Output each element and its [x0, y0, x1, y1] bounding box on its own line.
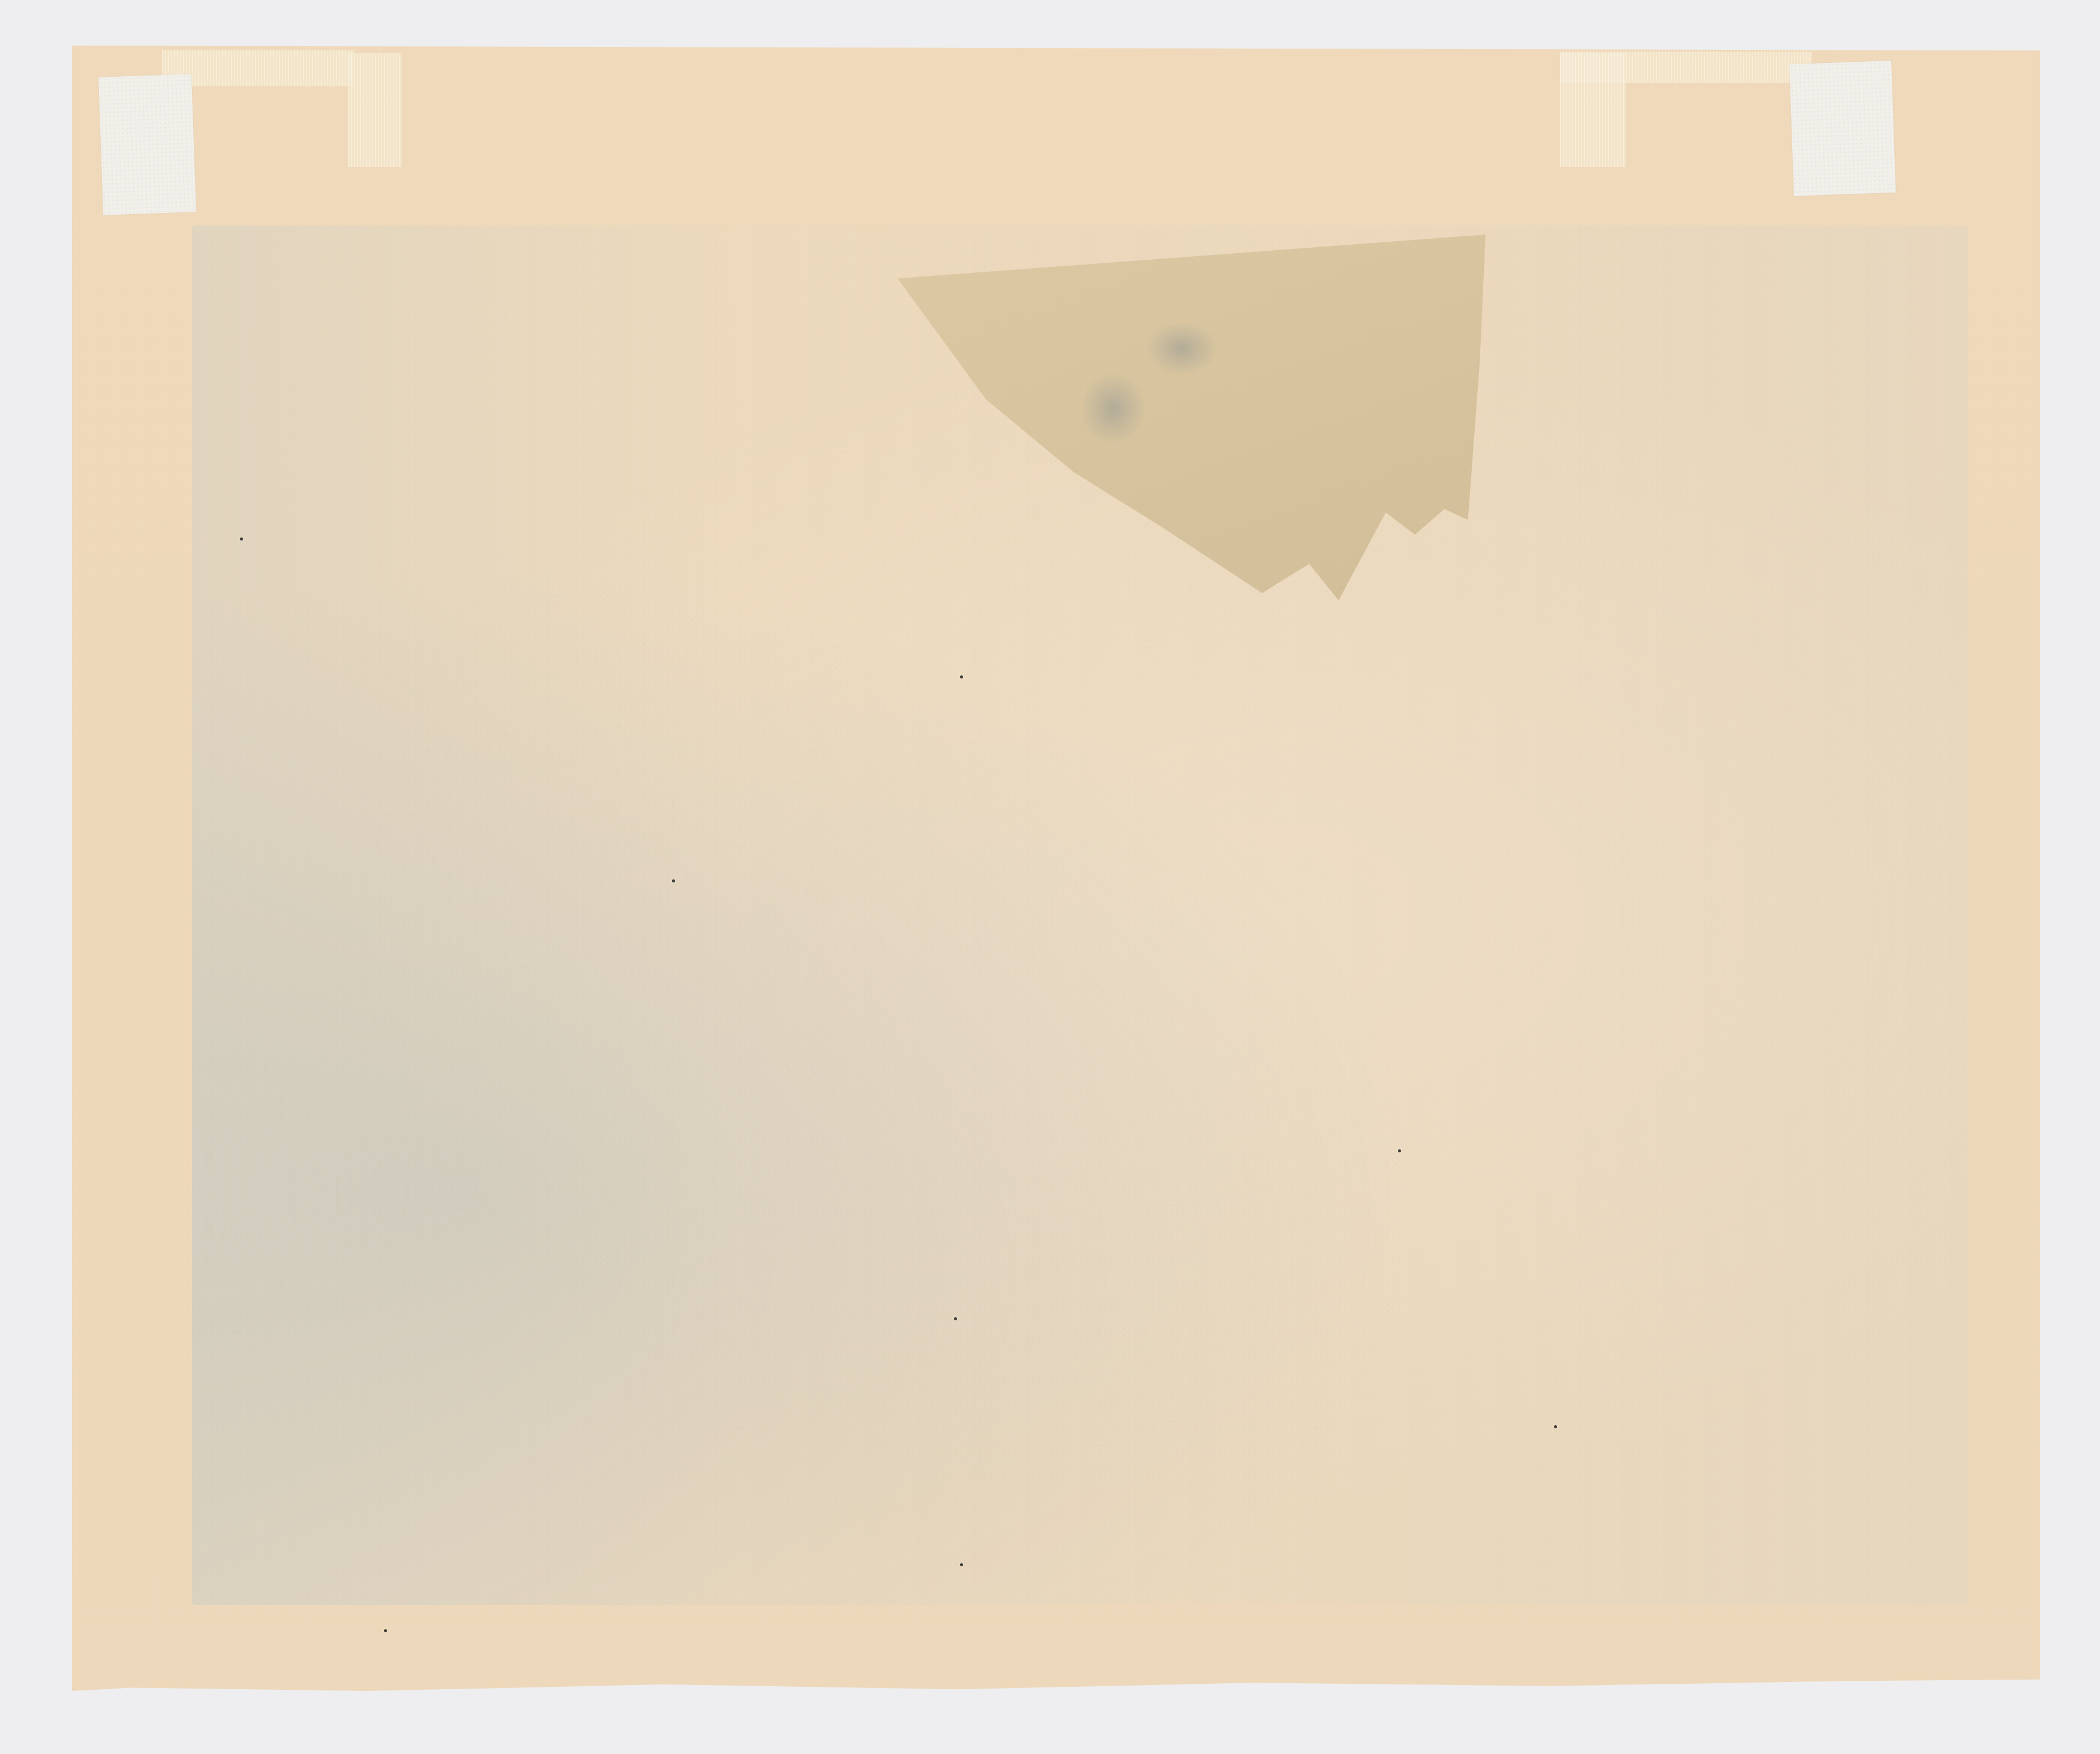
speck — [1554, 1425, 1557, 1428]
cloth-tape-strip-left — [348, 53, 402, 167]
speck — [384, 1629, 387, 1632]
white-hinge-tape-left — [98, 74, 196, 215]
ink-smudge — [1146, 322, 1218, 376]
speck — [672, 879, 675, 882]
speck — [240, 537, 243, 540]
speck — [1398, 1149, 1401, 1152]
speck — [960, 675, 963, 678]
white-hinge-tape-right — [1789, 61, 1896, 196]
speck — [960, 1563, 963, 1566]
aged-paper-sheet — [72, 46, 2040, 1698]
ink-smudge — [1080, 373, 1146, 444]
speck — [954, 1317, 957, 1320]
cloth-tape-strip-right — [1560, 53, 1626, 167]
